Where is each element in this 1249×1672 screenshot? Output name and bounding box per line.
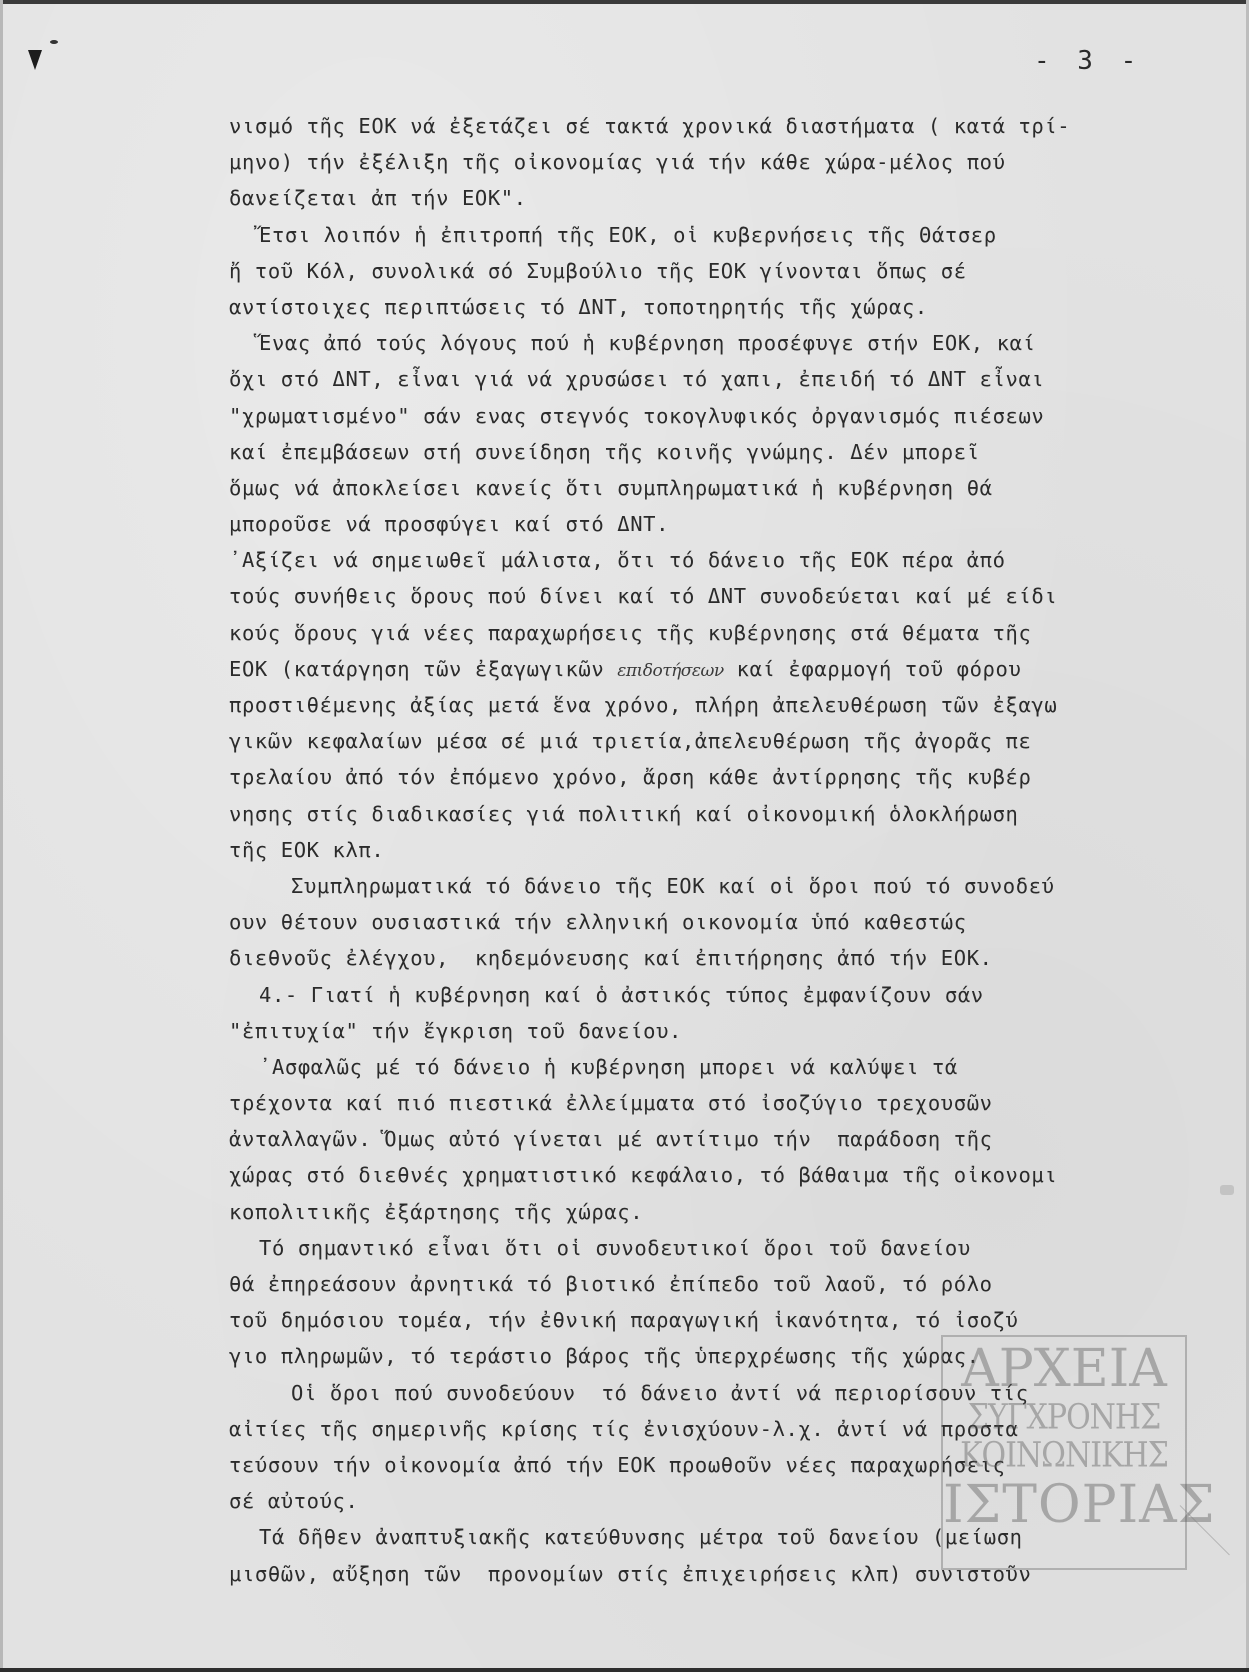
text-line: "χρωματισμένο" σάν ενας στεγνός τοκογλυφ… (229, 398, 1209, 434)
text-segment: καί ἐφαρμογή τοῦ φόρου (724, 657, 1022, 681)
text-line: μισθῶν, αὔξηση τῶν προνομίων στίς ἐπιχει… (229, 1556, 1209, 1592)
text-line: νισμό τῆς ΕΟΚ νά ἐξετάζει σέ τακτά χρονι… (229, 108, 1209, 144)
text-line: τοῦ δημόσιου τομέα, τήν ἐθνική παραγωγικ… (229, 1302, 1209, 1338)
text-line: σέ αὐτούς. (229, 1483, 1209, 1519)
scan-edge-bottom (0, 1668, 1249, 1672)
scan-edge-top (0, 0, 1249, 4)
section-heading: 4.- Γιατί ἡ κυβέρνηση καί ὁ ἀστικός τύπο… (229, 977, 1209, 1013)
text-line-with-handwriting: ΕΟΚ (κατάργηση τῶν ἐξαγωγικῶν επιδοτήσεω… (229, 651, 1209, 687)
text-line: ουν θέτουν ουσιαστικά τήν ελληνική οικον… (229, 904, 1209, 940)
text-line: τῆς ΕΟΚ κλπ. (229, 832, 1209, 868)
text-line: κούς ὅρους γιά νέες παραχωρήσεις τῆς κυβ… (229, 615, 1209, 651)
text-line: αἰτίες τῆς σημερινῆς κρίσης τίς ἐνισχύου… (229, 1411, 1209, 1447)
text-line: "ἐπιτυχία" τήν ἔγκριση τοῦ δανείου. (229, 1013, 1209, 1049)
text-line: δανείζεται ἀπ τήν ΕΟΚ". (229, 180, 1209, 216)
typewritten-body: νισμό τῆς ΕΟΚ νά ἐξετάζει σέ τακτά χρονι… (229, 108, 1209, 1592)
paragraph-start: ᾿Ασφαλῶς μέ τό δάνειο ἡ κυβέρνηση μπορει… (229, 1049, 1209, 1085)
text-line: διεθνοῦς ἐλέγχου, κηδεμόνευσης καί ἐπιτή… (229, 940, 1209, 976)
text-line: ἤ τοῦ Κόλ, συνολικά σό Συμβούλιο τῆς ΕΟΚ… (229, 253, 1209, 289)
text-line: θά ἐπηρεάσουν ἀρνητικά τό βιοτικό ἐπίπεδ… (229, 1266, 1209, 1302)
punch-hole-mark-icon (26, 40, 42, 70)
document-page: - 3 - νισμό τῆς ΕΟΚ νά ἐξετάζει σέ τακτά… (0, 0, 1249, 1672)
page-number: - 3 - (1034, 46, 1142, 76)
text-line: καί ἐπεμβάσεων στή συνείδηση τῆς κοινῆς … (229, 434, 1209, 470)
paragraph-start: Ἔτσι λοιπόν ἡ ἐπιτροπή τῆς ΕΟΚ, οἱ κυβερ… (229, 217, 1209, 253)
text-line: γιο πληρωμῶν, τό τεράστιο βάρος τῆς ὑπερ… (229, 1338, 1209, 1374)
text-line: προστιθέμενης ἀξίας μετά ἕνα χρόνο, πλήρ… (229, 687, 1209, 723)
text-line: τεύσουν τήν οἰκονομία ἀπό τήν ΕΟΚ προωθο… (229, 1447, 1209, 1483)
text-line: γικῶν κεφαλαίων μέσα σέ μιά τριετία,ἀπελ… (229, 723, 1209, 759)
paragraph-start: Τό σημαντικό εἶναι ὅτι οἱ συνοδευτικοί ὅ… (229, 1230, 1209, 1266)
text-line: αντίστοιχες περιπτώσεις τό ΔΝΤ, τοποτηρη… (229, 289, 1209, 325)
text-segment: ΕΟΚ (κατάργηση τῶν ἐξαγωγικῶν (229, 657, 617, 681)
paragraph-start: ᾿Αξίζει νά σημειωθεῖ μάλιστα, ὅτι τό δάν… (229, 542, 1209, 578)
text-line: ὄχι στό ΔΝΤ, εἶναι γιά νά χρυσώσει τό χα… (229, 361, 1209, 397)
text-line: τρέχοντα καί πιό πιεστικά ἐλλείμματα στό… (229, 1085, 1209, 1121)
text-line: κοπολιτικῆς ἐξάρτησης τῆς χώρας. (229, 1194, 1209, 1230)
text-line: μποροῦσε νά προσφύγει καί στό ΔΝΤ. (229, 506, 1209, 542)
paragraph-start: Συμπληρωματικά τό δάνειο τῆς ΕΟΚ καί οἱ … (229, 868, 1209, 904)
text-line: μηνο) τήν ἐξέλιξη τῆς οἰκονομίας γιά τήν… (229, 144, 1209, 180)
text-line: χώρας στό διεθνές χρηματιστικό κεφάλαιο,… (229, 1157, 1209, 1193)
text-line: τούς συνήθεις ὅρους πού δίνει καί τό ΔΝΤ… (229, 578, 1209, 614)
paragraph-start: Ἕνας ἀπό τούς λόγους πού ἡ κυβέρνηση προ… (229, 325, 1209, 361)
paragraph-start: Οἱ ὅροι πού συνοδεύουν τό δάνειο ἀντί νά… (229, 1375, 1209, 1411)
handwritten-insert: επιδοτήσεων (617, 661, 723, 681)
scan-edge-left (0, 0, 3, 1672)
text-line: ὅμως νά ἀποκλείσει κανείς ὅτι συμπληρωμα… (229, 470, 1209, 506)
text-line: ἀνταλλαγῶν. Ὅμως αὐτό γίνεται μέ αντίτιμ… (229, 1121, 1209, 1157)
paragraph-start: Τά δῆθεν ἀναπτυξιακῆς κατεύθυνσης μέτρα … (229, 1519, 1209, 1555)
text-line: νησης στίς διαδικασίες γιά πολιτική καί … (229, 796, 1209, 832)
ink-smudge (1220, 1185, 1234, 1195)
text-line: τρελαίου ἀπό τόν ἐπόμενο χρόνο, ἄρση κάθ… (229, 759, 1209, 795)
